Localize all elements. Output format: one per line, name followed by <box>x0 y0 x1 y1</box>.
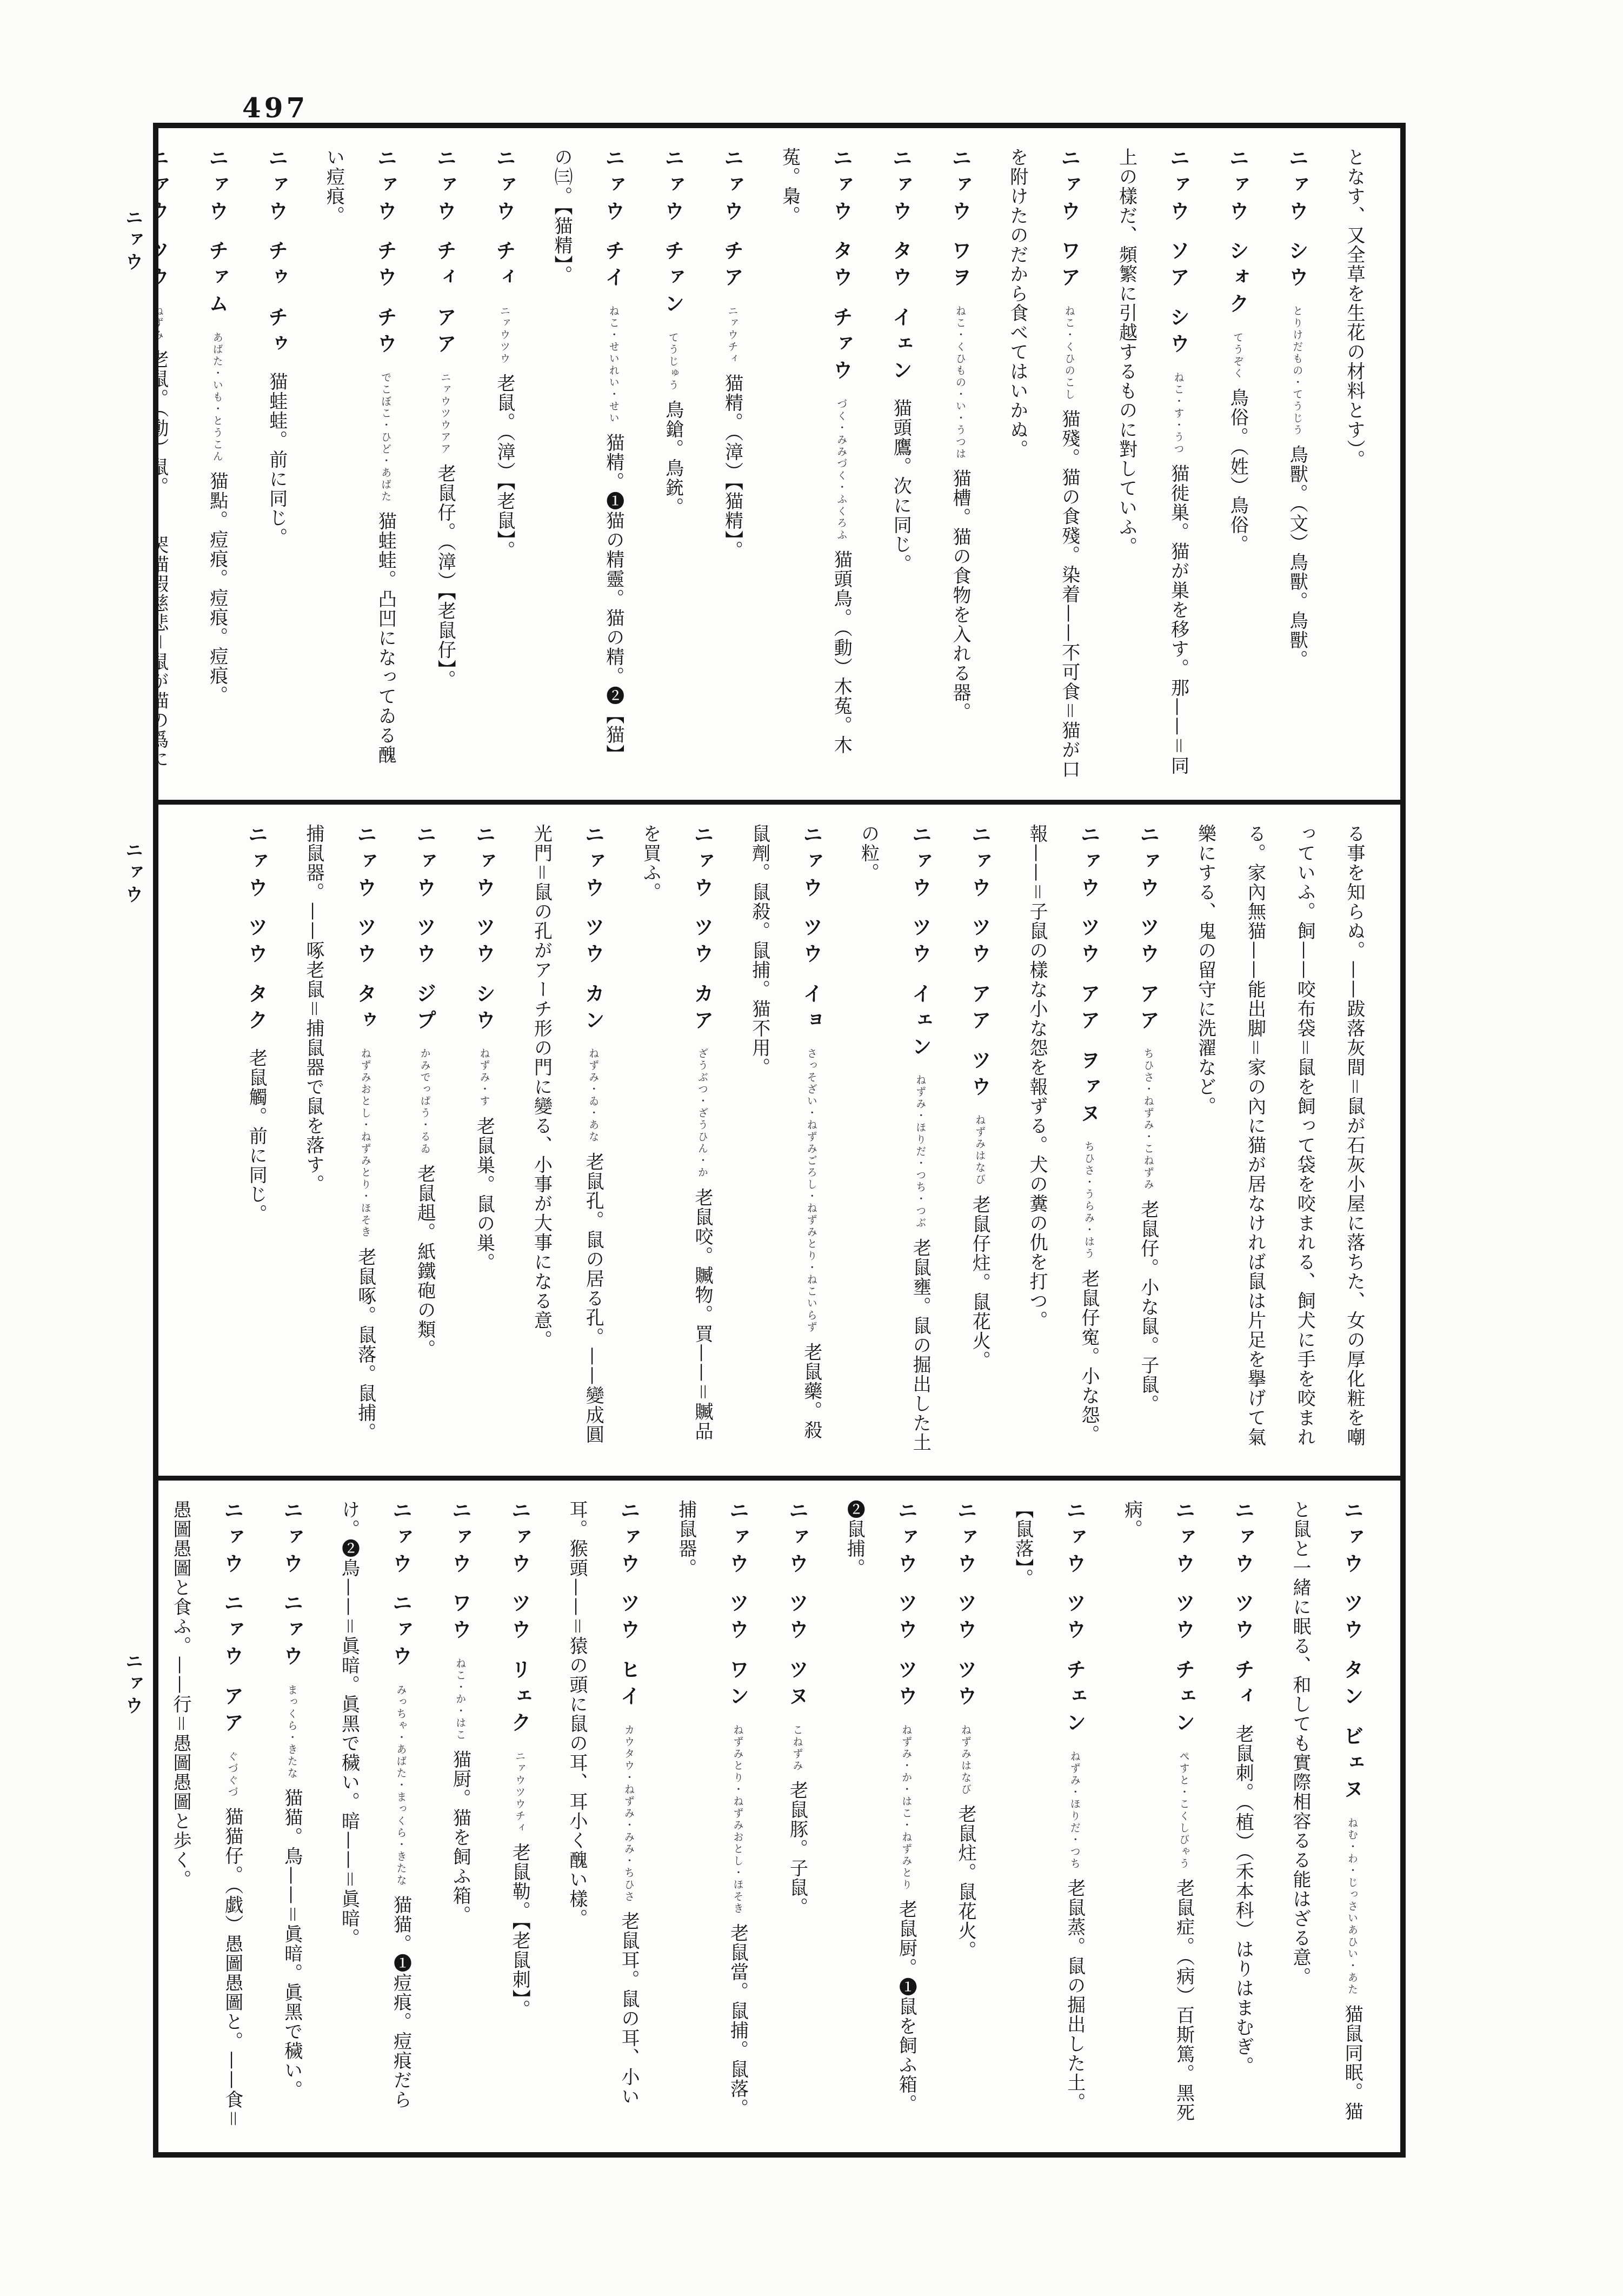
entry-furigana: あばた・いも・とうこん <box>211 332 223 463</box>
entry-furigana: ざうぶつ・ざうひん・か <box>696 1048 708 1179</box>
entry-furigana: ニァウチィ <box>727 306 739 365</box>
dictionary-band-top: となす、又全草を生花の材料とす）。ニァウ シウとりけだもの・てうじう鳥獸。（文）… <box>158 128 1400 800</box>
entry-pronunciation: ニァウ ツウ アア <box>1136 824 1160 1037</box>
entry-furigana: ねむ・わ・じっさいあひい・あた <box>1346 1817 1358 1996</box>
dictionary-entry: ニァウ ワウねこ・か・はこ猫厨。猫を飼ふ箱。 <box>433 1500 487 2133</box>
dictionary-entry: ニァウ ツウ タン ビェヌねむ・わ・じっさいあひい・あた猫鼠同眠。猫と鼠と一緒に… <box>1275 1500 1379 2133</box>
dictionary-entry: ニァウ チアニァウチィ猫精。（漳）【猫精】。 <box>705 148 759 780</box>
margin-index-label: ニァウ <box>121 1652 146 1718</box>
entry-definition: 猫精。（漳）【猫精】。 <box>722 374 743 560</box>
entry-furigana: ニァウツウアア <box>439 372 451 455</box>
entry-pronunciation: ニァウ ツウ ツウ <box>954 1500 977 1713</box>
entry-definition: 老鼠仔。（漳）【老鼠仔】。 <box>434 464 456 689</box>
dictionary-entry: ニァウ ソア シウねこ・す・うつ猫徙巣。猫が巣を移す。那——＝同上の樣だ、頻繁に… <box>1101 148 1205 780</box>
entry-definition: 猫點。痘痕。痘痕。痘痕。 <box>207 472 228 705</box>
dictionary-entry: ニァウ ツウ アア ヲァヌちひさ・うらみ・はう老鼠仔寃。小な怨。報——＝子鼠の樣… <box>1012 824 1115 1457</box>
dictionary-entry: ニァウ ツウ チェンぺすと・こくしびゃう老鼠症。（病）百斯篤。黑死病。 <box>1107 1500 1210 2133</box>
entry-furigana: ねこ・す・うつ <box>1172 372 1184 455</box>
entry-definition: 鳥俗。（姓）鳥俗。 <box>1227 388 1248 554</box>
dictionary-band-middle: る事を知らぬ。——跋落灰間＝鼠が石灰小屋に落ちた、女の厚化粧を嘲っていふ。飼——… <box>158 800 1400 1476</box>
dictionary-entry: ニァウ ツウ ツヌこねずみ老鼠豚。子鼠。 <box>770 1500 824 2133</box>
entry-furigana: こねずみ <box>791 1724 803 1772</box>
dictionary-entry: ニァウ ツウ ジプかみでっぱう・るゐ老鼠趄。紙鐵砲の類。 <box>397 824 451 1457</box>
dictionary-entry: ニァウ ツウ ツウねずみはなび老鼠炷。鼠花火。 <box>938 1500 992 2133</box>
entry-pronunciation: ニァウ ワウ <box>448 1500 472 1646</box>
dictionary-entry: ニァウ チィ アアニァウツウアア老鼠仔。（漳）【老鼠仔】。 <box>417 148 471 780</box>
entry-definition: 猫槽。猫の食物を入れる器。 <box>949 469 971 722</box>
entry-definition: 老鼠勒。【老鼠刺】。 <box>509 1843 530 2019</box>
dictionary-entry: ニァウ ツウ ヒイカウタウ・ねずみ・みみ・ちひさ老鼠耳。鼠の耳、小い耳。猴頭——… <box>551 1500 655 2133</box>
entry-definition: 猫蛙蛙。前に同じ。 <box>266 372 288 547</box>
entry-definition: 老鼠炷。鼠花火。 <box>955 1804 976 1960</box>
dictionary-entry: となす、又全草を生花の材料とす）。 <box>1329 148 1379 780</box>
entry-pronunciation: ニァウ ツウ カア <box>690 824 714 1037</box>
dictionary-entry: ニァウ シウとりけだもの・てうじう鳥獸。（文）鳥獸。鳥獸。 <box>1269 148 1323 780</box>
entry-definition: 老鼠仔。小な鼠。子鼠。 <box>1138 1199 1159 1414</box>
dictionary-entry: ニァウ ツウ カンねずみ・ゐ・あな老鼠孔。鼠の居る孔。——變成圓光門＝鼠の孔がア… <box>516 824 620 1457</box>
entry-definition: 老鼠仔炷。鼠花火。 <box>969 1195 990 1370</box>
entry-pronunciation: ニァウ ツウ タゥ <box>354 824 377 1037</box>
entry-definition: 老鼠刺。（植）（禾本科）はりはまむぎ。 <box>1232 1724 1254 2076</box>
entry-furigana: ぺすと・こくしびゃう <box>1178 1751 1189 1870</box>
entry-pronunciation: ニァウ ツウ カン <box>581 824 605 1037</box>
dictionary-entry: ニァウ ワアねこ・くひのこし猫殘。猫の食殘。染着——不可食＝猫が口を附けたのだか… <box>992 148 1096 780</box>
entry-definition: 猫猫。鳥——＝眞暗。眞黑で穢い。 <box>281 1788 303 2100</box>
entry-pronunciation: ニァウ チウ チウ <box>374 148 397 360</box>
entry-pronunciation: ニァウ ツウ アア ツウ <box>968 824 992 1103</box>
entry-furigana: ニァウツウ <box>498 306 510 365</box>
entry-definition: となす、又全草を生花の材料とす）。 <box>1343 148 1365 469</box>
entry-pronunciation: ニァウ ワア <box>1057 148 1081 294</box>
dictionary-entry: ニァウ ワヲねこ・くひもの・い・うつは猫槽。猫の食物を入れる器。 <box>933 148 987 780</box>
entry-pronunciation: ニァウ チァン <box>661 148 685 320</box>
entry-pronunciation: ニァウ チア <box>721 148 744 294</box>
entry-furigana: ねずみ・ほりだ・つち・つぶ <box>914 1074 926 1229</box>
entry-pronunciation: ニァウ ニァウ <box>389 1500 413 1673</box>
entry-furigana: てうぞく <box>1232 332 1243 380</box>
entry-furigana: かみでっぱう・るゐ <box>419 1048 431 1155</box>
entry-furigana: みっちゃ・あばた・まっくら・きたな <box>395 1684 407 1887</box>
entry-furigana: ねずみ <box>158 306 164 341</box>
entry-pronunciation: ニァウ ソア シウ <box>1166 148 1190 360</box>
entry-pronunciation: ニァウ ツウ ヒイ <box>617 1500 641 1713</box>
entry-furigana: ちひさ・ねずみ・こねずみ <box>1142 1048 1154 1191</box>
dictionary-entry: る事を知らぬ。——跋落灰間＝鼠が石灰小屋に落ちた、女の厚化粧を嘲っていふ。飼——… <box>1180 824 1379 1457</box>
dictionary-entry: ニァウ チァムあばた・いも・とうこん猫點。痘痕。痘痕。痘痕。 <box>190 148 244 780</box>
scanned-dictionary-page: { "page": { "number": "497", "margin_lab… <box>0 0 1623 2296</box>
dictionary-entry: ニァウ ツウ カアざうぶつ・ざうひん・か老鼠咬。贓物。買——＝贓品を買ふ。 <box>625 824 729 1457</box>
dictionary-entry: ニァウ チイねこ・せいれい・せい猫精。❶猫の精靈。猫の精。❷【猫】の㈢。【猫精】… <box>536 148 640 780</box>
entry-definition: 老鼠觸。前に同じ。 <box>245 1048 267 1223</box>
entry-pronunciation: ニァウ タウ チァウ <box>829 148 853 387</box>
dictionary-entry: ニァウ ツウねずみ老鼠。（動）鼠。——哭猫假慈悲＝鼠が猫の爲に泣いて慈悲の風をす… <box>158 148 184 780</box>
entry-furigana: カウタウ・ねずみ・みみ・ちひさ <box>623 1724 635 1903</box>
entry-furigana: さっそざい・ねずみごろし・ねずみとり・ねこいらず <box>806 1048 817 1333</box>
margin-index-label: ニァウ <box>121 841 146 907</box>
entry-pronunciation: ニァウ シォク <box>1226 148 1249 320</box>
entry-pronunciation: ニァウ ツウ タン ビェヌ <box>1340 1500 1364 1806</box>
dictionary-entry: ニァウ ツウ イョさっそざい・ねずみごろし・ねずみとり・ねこいらず老鼠藥。殺鼠劑… <box>734 824 838 1457</box>
entry-furigana: ぐづぐづ <box>227 1751 238 1799</box>
dictionary-entry: ニァウ ツウ シウねずみ・す老鼠巣。鼠の巣。 <box>457 824 511 1457</box>
entry-furigana: ねこ・くひもの・い・うつは <box>954 306 966 460</box>
dictionary-entry: ニァウ チィニァウツウ老鼠。（漳）【老鼠】。 <box>477 148 531 780</box>
entry-definition: 鳥獸。（文）鳥獸。鳥獸。 <box>1286 445 1308 669</box>
dictionary-entry: ニァウ ツウ イェンねずみ・ほりだ・つち・つぶ老鼠壅。鼠の掘出した土の粒。 <box>843 824 947 1457</box>
entry-definition: 老鼠趄。紙鐵砲の類。 <box>414 1164 436 1358</box>
dictionary-entry: ニァウ ニァウ アアぐづぐづ猫猫仔。（戯）愚圖愚圖と。——食＝愚圖愚圖と食ふ。—… <box>158 1500 259 2133</box>
dictionary-entry: ニァウ ツウ ワンねずみとり・ねずみおとし・ほそき老鼠當。鼠捕。鼠落。捕鼠器。 <box>661 1500 764 2133</box>
entry-furigana: ねこ・か・はこ <box>454 1658 466 1741</box>
dictionary-entry: ニァウ ニァウまっくら・きたな猫猫。鳥——＝眞暗。眞黑で穢い。 <box>264 1500 318 2133</box>
dictionary-entry: ニァウ ニァウみっちゃ・あばた・まっくら・きたな猫猫。❶痘痕。痘痕だらけ。❷鳥—… <box>324 1500 428 2133</box>
dictionary-entry: ニァウ チウ チウでこぼこ・ひど・あばた猫蛙蛙。凸凹になってゐる醜い痘痕。 <box>309 148 413 780</box>
entry-pronunciation: ニァウ ツウ イェン <box>908 824 932 1063</box>
entry-furigana: ニァウツウチィ <box>514 1751 526 1834</box>
entry-definition: 老鼠巣。鼠の巣。 <box>474 1116 495 1272</box>
dictionary-entry: ニァウ ツウ リェクニァウツウチィ老鼠勒。【老鼠刺】。 <box>492 1500 546 2133</box>
dictionary-entry: ニァウ ツウ チェンねずみ・ほりだ・つち老鼠蒸。鼠の掘出した土。【鼠落】。 <box>997 1500 1101 2133</box>
entry-furigana: ねずみ・ゐ・あな <box>587 1048 599 1143</box>
entry-pronunciation: ニァウ ツウ リェク <box>508 1500 531 1739</box>
entry-pronunciation: ニァウ ツウ アア ヲァヌ <box>1077 824 1101 1130</box>
entry-pronunciation: ニァウ チイ <box>602 148 626 294</box>
entry-pronunciation: ニァウ ツウ ジプ <box>413 824 437 1037</box>
entry-pronunciation: ニァウ ツウ チェン <box>1172 1500 1195 1739</box>
entry-furigana: ねずみ・す <box>478 1048 490 1107</box>
entry-definition: 鳥鎗。鳥銃。 <box>662 400 684 517</box>
entry-pronunciation: ニァウ ニァウ アア <box>221 1500 244 1739</box>
entry-furigana: まっくら・きたな <box>286 1684 298 1780</box>
page-number: 497 <box>242 92 308 124</box>
entry-definition: 老鼠。（漳）【老鼠】。 <box>494 374 515 560</box>
dictionary-page-frame: となす、又全草を生花の材料とす）。ニァウ シウとりけだもの・てうじう鳥獸。（文）… <box>153 123 1406 2158</box>
dictionary-entry: ニァウ ツウ ツウねずみ・か・はこ・ねずみとり老鼠厨。❶鼠を飼ふ箱。❷鼠捕。 <box>829 1500 933 2133</box>
dictionary-entry: ニァウ タウ イェン猫頭鷹。次に同じ。 <box>873 148 927 780</box>
entry-furigana: ねずみおとし・ねずみとり・ほそき <box>360 1048 371 1238</box>
dictionary-entry: ニァウ チゥ チゥ猫蛙蛙。前に同じ。 <box>249 148 303 780</box>
dictionary-entry: ニァウ ツウ アア ツウねずみはなび老鼠仔炷。鼠花火。 <box>952 824 1006 1457</box>
entry-pronunciation: ニァウ ツウ <box>158 148 170 294</box>
entry-pronunciation: ニァウ ツウ チィ <box>1231 1500 1255 1713</box>
dictionary-entry: ニァウ タウ チァウづく・みみづく・ふくろふ猫頭鳥。（動）木菟。木菟。梟。 <box>764 148 868 780</box>
entry-pronunciation: ニァウ ツウ イョ <box>800 824 823 1037</box>
dictionary-entry: ニァウ ツウ タゥねずみおとし・ねずみとり・ほそき老鼠啄。鼠落。鼠捕。捕鼠器。—… <box>288 824 392 1457</box>
entry-pronunciation: ニァウ ニァウ <box>280 1500 304 1673</box>
entry-pronunciation: ニァウ チゥ チゥ <box>265 148 289 360</box>
entry-pronunciation: ニァウ ツウ チェン <box>1063 1500 1087 1739</box>
entry-pronunciation: ニァウ チィ <box>493 148 516 294</box>
entry-definition: る事を知らぬ。——跋落灰間＝鼠が石灰小屋に落ちた、女の厚化粧を嘲っていふ。飼——… <box>1195 824 1365 1447</box>
dictionary-entry: ニァウ チァンてうじゅう鳥鎗。鳥銃。 <box>646 148 700 780</box>
entry-pronunciation: ニァウ ツウ ツウ <box>894 1500 918 1713</box>
entry-pronunciation: ニァウ ツウ タク <box>244 824 268 1037</box>
entry-furigana: ねずみ・か・はこ・ねずみとり <box>900 1724 912 1891</box>
dictionary-entry: ニァウ シォクてうぞく鳥俗。（姓）鳥俗。 <box>1210 148 1264 780</box>
margin-index-label: ニァウ <box>121 208 146 275</box>
entry-furigana: ねこ・くひのこし <box>1063 306 1075 401</box>
entry-pronunciation: ニァウ チァム <box>205 148 229 320</box>
entry-furigana: とりけだもの・てうじう <box>1291 306 1303 436</box>
entry-furigana: てうじゅう <box>667 332 679 391</box>
entry-pronunciation: ニァウ シウ <box>1285 148 1309 294</box>
entry-pronunciation: ニァウ タウ イェン <box>889 148 913 387</box>
entry-furigana: ねずみ・ほりだ・つち <box>1069 1751 1081 1870</box>
entry-furigana: ねこ・せいれい・せい <box>608 306 620 424</box>
entry-pronunciation: ニァウ ツウ シウ <box>473 824 496 1037</box>
entry-furigana: ちひさ・うらみ・はう <box>1083 1141 1095 1260</box>
entry-furigana: でこぼこ・ひど・あばた <box>380 372 391 503</box>
entry-definition: 老鼠豚。子鼠。 <box>786 1781 808 1917</box>
entry-definition: 猫厨。猫を飼ふ箱。 <box>449 1750 471 1925</box>
entry-furigana: づく・みみづく・ふくろふ <box>835 399 847 541</box>
entry-pronunciation: ニァウ ツウ ワン <box>726 1500 750 1713</box>
entry-pronunciation: ニァウ ワヲ <box>948 148 972 294</box>
entry-pronunciation: ニァウ ツウ ツヌ <box>785 1500 809 1713</box>
entry-furigana: ねずみはなび <box>974 1114 986 1186</box>
entry-furigana: ねずみはなび <box>960 1724 972 1796</box>
dictionary-entry: ニァウ ツウ チィ老鼠刺。（植）（禾本科）はりはまむぎ。 <box>1215 1500 1269 2133</box>
entry-furigana: ねずみとり・ねずみおとし・ほそき <box>732 1724 744 1915</box>
dictionary-entry: ニァウ ツウ アアちひさ・ねずみ・こねずみ老鼠仔。小な鼠。子鼠。 <box>1121 824 1175 1457</box>
entry-pronunciation: ニァウ チィ アア <box>433 148 457 360</box>
dictionary-entry: ニァウ ツウ タク老鼠觸。前に同じ。 <box>229 824 283 1457</box>
dictionary-band-bottom: ニァウ ツウ タン ビェヌねむ・わ・じっさいあひい・あた猫鼠同眠。猫と鼠と一緒に… <box>158 1476 1400 2152</box>
entry-definition: 猫頭鷹。次に同じ。 <box>890 399 912 574</box>
